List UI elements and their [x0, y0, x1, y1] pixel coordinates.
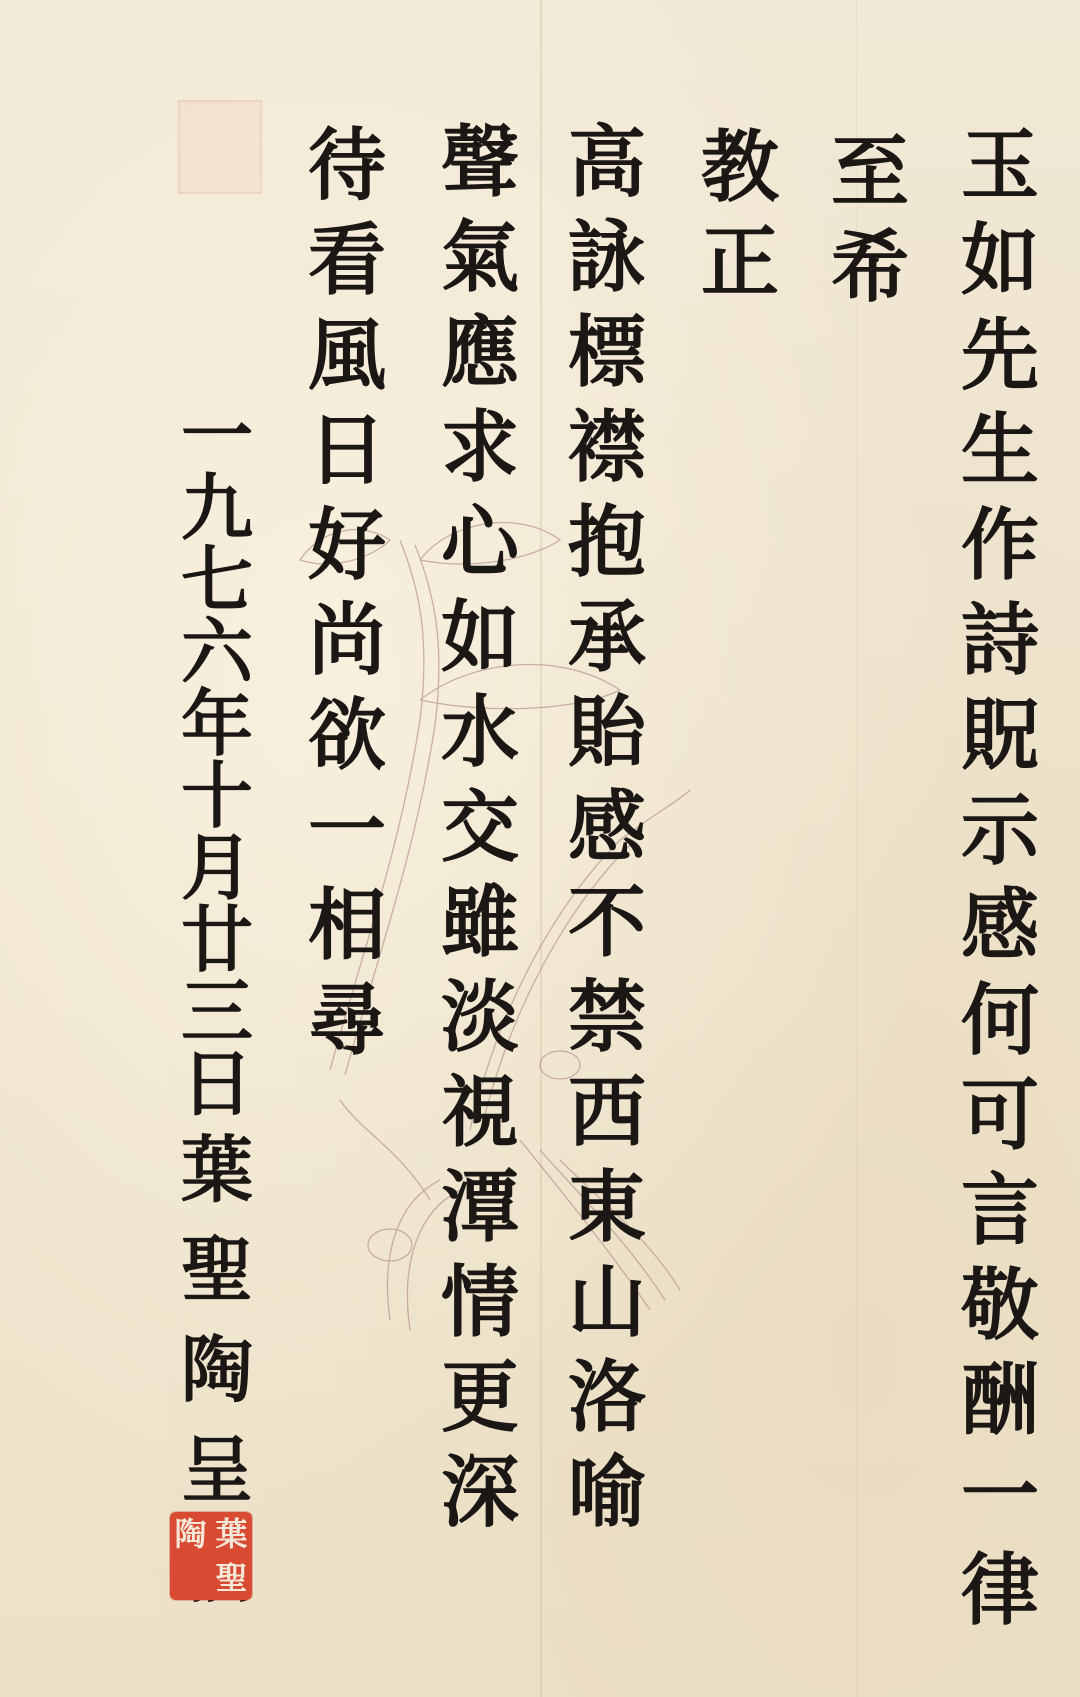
column-1: 玉 如 先 生 作 詩 貺 示 感 何 可 言 敬 酬 一 律 [950, 118, 1050, 1638]
char: 高 [557, 115, 657, 210]
char: 先 [950, 308, 1050, 403]
char: 西 [557, 1065, 657, 1160]
char: 敬 [950, 1258, 1050, 1353]
char: 情 [430, 1255, 530, 1350]
column-7-date-signature: 一 九 七 六 年 十 月 廿 三 日 葉 聖 陶 呈 稿 [167, 400, 267, 1620]
seal-char: 陶 [170, 1512, 211, 1556]
char: 九 [167, 472, 267, 544]
char: 風 [297, 308, 397, 403]
char: 日 [167, 1048, 267, 1120]
char: 一 [950, 1448, 1050, 1543]
faded-collector-seal [178, 100, 262, 194]
char: 禁 [557, 970, 657, 1065]
char: 抱 [557, 495, 657, 590]
char: 一 [297, 783, 397, 878]
column-4: 高 詠 標 襟 抱 承 貽 感 不 禁 西 東 山 洛 喻 [557, 115, 657, 1540]
char: 尚 [297, 593, 397, 688]
char: 玉 [950, 118, 1050, 213]
signature-char: 聖 [167, 1220, 267, 1320]
char: 感 [950, 878, 1050, 973]
column-3: 教 正 [690, 120, 790, 310]
char: 潭 [430, 1160, 530, 1255]
char: 酬 [950, 1353, 1050, 1448]
char: 正 [690, 215, 790, 310]
char: 好 [297, 498, 397, 593]
char: 襟 [557, 400, 657, 495]
char: 洛 [557, 1350, 657, 1445]
char: 如 [430, 590, 530, 685]
char: 一 [167, 400, 267, 472]
char: 貺 [950, 688, 1050, 783]
char: 作 [950, 498, 1050, 593]
char: 相 [297, 878, 397, 973]
char: 廿 [167, 904, 267, 976]
char: 言 [950, 1163, 1050, 1258]
char: 標 [557, 305, 657, 400]
char: 山 [557, 1255, 657, 1350]
char: 心 [430, 495, 530, 590]
char: 雖 [430, 875, 530, 970]
char: 淡 [430, 970, 530, 1065]
char: 示 [950, 783, 1050, 878]
signature-char: 葉 [167, 1120, 267, 1220]
char: 感 [557, 780, 657, 875]
seal-char: 聖 [211, 1556, 252, 1600]
seal-char [170, 1556, 211, 1600]
char: 承 [557, 590, 657, 685]
paper-fold-line [540, 0, 542, 1697]
char: 尋 [297, 973, 397, 1068]
char: 月 [167, 832, 267, 904]
char: 希 [820, 220, 920, 315]
char: 日 [297, 403, 397, 498]
char: 看 [297, 213, 397, 308]
char: 欲 [297, 688, 397, 783]
char: 六 [167, 616, 267, 688]
column-5: 聲 氣 應 求 心 如 水 交 雖 淡 視 潭 情 更 深 [430, 115, 530, 1540]
char: 如 [950, 213, 1050, 308]
signature-seal: 葉 陶 聖 [170, 1512, 252, 1600]
signature-char: 呈 [167, 1420, 267, 1520]
char: 七 [167, 544, 267, 616]
column-2: 至 希 [820, 125, 920, 315]
char: 喻 [557, 1445, 657, 1540]
column-6: 待 看 風 日 好 尚 欲 一 相 尋 [297, 118, 397, 1068]
char: 水 [430, 685, 530, 780]
char: 何 [950, 973, 1050, 1068]
char: 貽 [557, 685, 657, 780]
char: 交 [430, 780, 530, 875]
char: 詠 [557, 210, 657, 305]
char: 不 [557, 875, 657, 970]
char: 年 [167, 688, 267, 760]
char: 律 [950, 1543, 1050, 1638]
char: 氣 [430, 210, 530, 305]
char: 深 [430, 1445, 530, 1540]
seal-char: 葉 [211, 1512, 252, 1556]
char: 三 [167, 976, 267, 1048]
char: 詩 [950, 593, 1050, 688]
char: 待 [297, 118, 397, 213]
char: 視 [430, 1065, 530, 1160]
char: 聲 [430, 115, 530, 210]
char: 應 [430, 305, 530, 400]
char: 至 [820, 125, 920, 220]
char: 求 [430, 400, 530, 495]
char: 教 [690, 120, 790, 215]
char: 可 [950, 1068, 1050, 1163]
char: 更 [430, 1350, 530, 1445]
char: 東 [557, 1160, 657, 1255]
signature-char: 陶 [167, 1320, 267, 1420]
char: 十 [167, 760, 267, 832]
char: 生 [950, 403, 1050, 498]
